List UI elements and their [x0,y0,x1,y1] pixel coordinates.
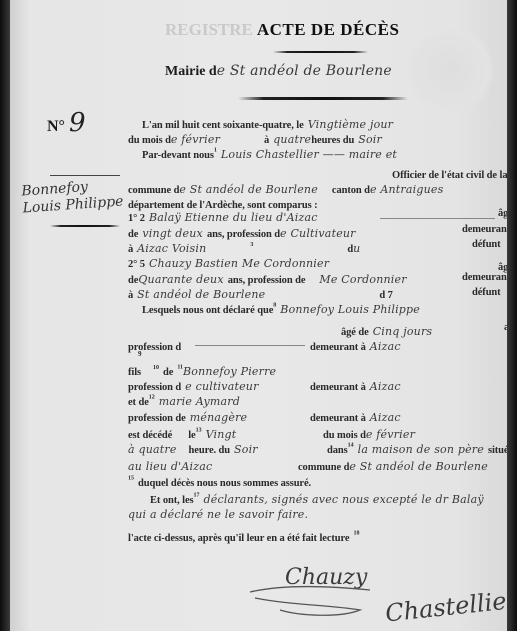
footnote-marker: 10 [153,365,159,371]
handwritten-father-residence: Aizac [370,380,401,393]
footnote-marker: 14 [348,443,354,449]
print-text: profession de [128,413,186,424]
scan-edge-left [0,0,10,631]
print-text: commune d [298,462,349,473]
scan-edge-right [507,0,517,631]
handwritten-death-hour: à quatre [128,443,177,456]
footnote-marker: 8 [273,303,276,309]
handwritten-death-commune: e St andéol de Bourlene [349,460,488,473]
margin-rule-top [50,175,120,176]
faded-title-prefix: REGISTRE [165,20,253,39]
handwritten-mother-profession: ménagère [190,411,248,424]
line-assured: 15 duquel décès nous nous sommes assuré. [128,473,311,491]
fill-line [195,345,305,346]
line-mother-residence: demeurant à Aizac [310,408,401,426]
print-text: demeurant à [310,413,366,424]
handwritten-officer-name: Louis Chastellier —— maire et [221,148,397,161]
print-text: à [128,290,133,301]
line-mother-profession: profession de ménagère [128,408,247,426]
print-text: heure. du [189,445,231,456]
handwritten-deceased-residence: Aizac [370,340,401,353]
print-text: Par-devant nous [142,150,214,161]
print-text: profession d [128,342,181,353]
print-text: Lesquels nous ont déclaré que [142,305,273,316]
mairie-label: Mairie d [165,64,217,79]
number-value: 9 [69,108,86,138]
line-death-place: dans14 la maison de son père située [327,440,507,458]
signature-maire: Chastellierm [384,585,507,628]
handwritten-note: qui a déclaré ne le savoir faire. [128,508,308,521]
title-divider [273,51,368,53]
print-text: duquel décès nous nous sommes assuré. [138,478,311,489]
footnote-marker: 1 [214,148,217,154]
mairie-divider [238,97,408,100]
footnote-marker: 13 [196,428,202,434]
print-text: 2° 5 [128,259,145,270]
handwritten-mother-name: marie Aymard [159,395,240,408]
line-officer: Par-devant nous1 Louis Chastellier —— ma… [142,145,397,163]
footnote-marker: 18 [353,531,359,537]
signature-flourish [240,580,400,620]
print-text: demeurant [462,272,507,283]
print-text: défunt [472,239,501,250]
mairie-value: e St andéol de Bourlene [217,63,392,79]
footnote-marker: 17 [194,493,200,499]
print-text: défunt [472,287,501,298]
line-deceased-profession: profession d [128,337,181,355]
handwritten-witness-2: Chauzy Bastien Me Cordonnier [149,257,329,270]
line-death-commune: commune de St andéol de Bourlene [298,457,488,475]
signature-maire-name: Chastellier [384,586,507,628]
print-text: demeurant [462,224,507,235]
mairie-heading: Mairie de St andéol de Bourlene [165,62,392,80]
title-text: ACTE DE DÉCÈS [257,20,400,39]
line-father-residence: demeurant à Aizac [310,377,401,395]
death-certificate-page: REGISTRE ACTE DE DÉCÈS Mairie de St andé… [10,0,507,631]
margin-rule-bottom [50,225,120,227]
footnote-marker: 9 [138,350,141,358]
footnote-marker: 3 [250,242,253,248]
line-declared-deceased: Lesquels nous ont déclaré que8 Bonnefoy … [142,300,420,318]
print-text: dans [327,445,348,456]
print-text: l'acte ci-dessus, après qu'il leur en a … [128,533,349,544]
line-death-hour: à quatre heure. du Soir [128,440,258,458]
line-reading: l'acte ci-dessus, après qu'il leur en a … [128,528,359,546]
faded-stamp [405,25,495,115]
footnote-marker: 12 [149,395,155,401]
handwritten-mother-residence: Aizac [370,411,401,424]
line-illiterate-note: qui a déclaré ne le savoir faire. [128,505,308,523]
act-number: N° 9 [47,108,86,138]
footnote-marker: 15 [128,476,134,482]
number-label: N° [47,118,65,135]
print-text: âgé [498,208,507,219]
margin-annotation: Bonnefoy Louis Philippe [21,177,124,218]
handwritten-relation: u [353,242,360,255]
line-deceased-residence: demeurant à Aizac [310,337,401,355]
document-title: REGISTRE ACTE DE DÉCÈS [165,20,399,40]
handwritten-death-period: Soir [234,443,258,456]
fill-line [380,218,495,219]
handwritten-locality: au lieu d'Aizac [128,460,212,473]
handwritten-deceased-name: Bonnefoy Louis Philippe [280,303,420,316]
handwritten-witness-1: Balaÿ Etienne du lieu d'Aizac [149,211,318,224]
handwritten-canton: e Antraigues [370,183,443,196]
print-text: demeurant à [310,342,366,353]
print-text: demeurant à [310,382,366,393]
print-text: canton d [332,185,370,196]
print-text: située [488,445,507,456]
handwritten-death-place: la maison de son père [358,443,484,456]
print-text: et de [128,397,149,408]
print-text: 1° 2 [128,213,145,224]
